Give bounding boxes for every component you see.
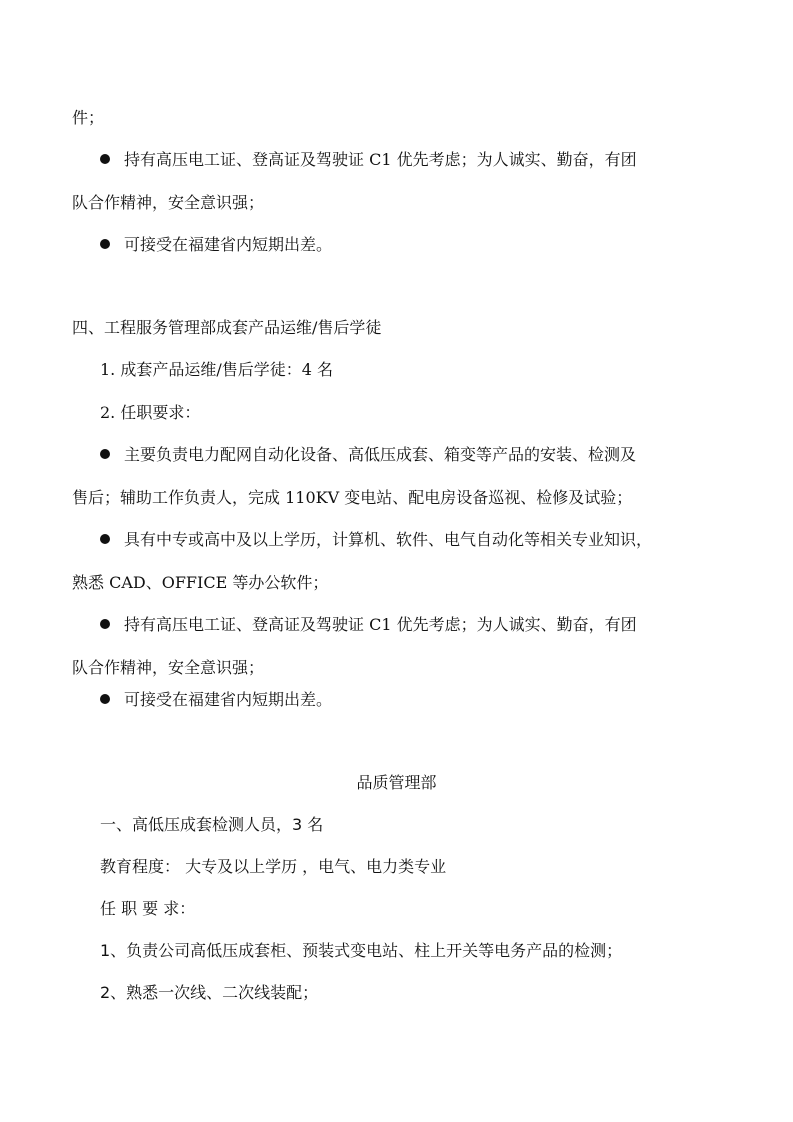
text-line: 熟悉 CAD、OFFICE 等办公软件； — [72, 573, 328, 593]
department-title: 品质管理部 — [0, 773, 793, 793]
requirements-label: 任 职 要 求： — [100, 899, 195, 919]
text-line: 队合作精神，安全意识强； — [72, 658, 264, 678]
bullet-icon — [100, 534, 110, 544]
bullet-icon — [100, 619, 110, 629]
section-heading: 四、工程服务管理部成套产品运维/售后学徒 — [72, 318, 381, 338]
position-heading: 一、高低压成套检测人员，3 名 — [100, 815, 323, 835]
bullet-icon — [100, 694, 110, 704]
education-line: 教育程度： 大专及以上学历 ，电气、电力类专业 — [100, 857, 446, 877]
bullet-icon — [100, 239, 110, 249]
requirement-item: 1、负责公司高低压成套柜、预装式变电站、柱上开关等电务产品的检测； — [100, 941, 622, 961]
list-item: 1. 成套产品运维/售后学徒：4 名 — [100, 360, 333, 380]
bullet-item: 持有高压电工证、登高证及驾驶证 C1 优先考虑；为人诚实、勤奋，有团 — [100, 150, 637, 170]
requirement-item: 2、熟悉一次线、二次线装配； — [100, 983, 318, 1003]
bullet-item: 主要负责电力配网自动化设备、高低压成套、箱变等产品的安装、检测及 — [100, 445, 636, 465]
bullet-item: 可接受在福建省内短期出差。 — [100, 235, 332, 255]
list-item: 2. 任职要求： — [100, 403, 200, 423]
bullet-item: 具有中专或高中及以上学历，计算机、软件、电气自动化等相关专业知识， — [100, 530, 652, 550]
text-line: 售后；辅助工作负责人，完成 110KV 变电站、配电房设备巡视、检修及试验； — [72, 488, 632, 508]
bullet-icon — [100, 449, 110, 459]
text-line: 件； — [72, 108, 104, 128]
bullet-item: 可接受在福建省内短期出差。 — [100, 690, 332, 710]
bullet-item: 持有高压电工证、登高证及驾驶证 C1 优先考虑；为人诚实、勤奋，有团 — [100, 615, 637, 635]
text-line: 队合作精神，安全意识强； — [72, 193, 264, 213]
bullet-icon — [100, 154, 110, 164]
